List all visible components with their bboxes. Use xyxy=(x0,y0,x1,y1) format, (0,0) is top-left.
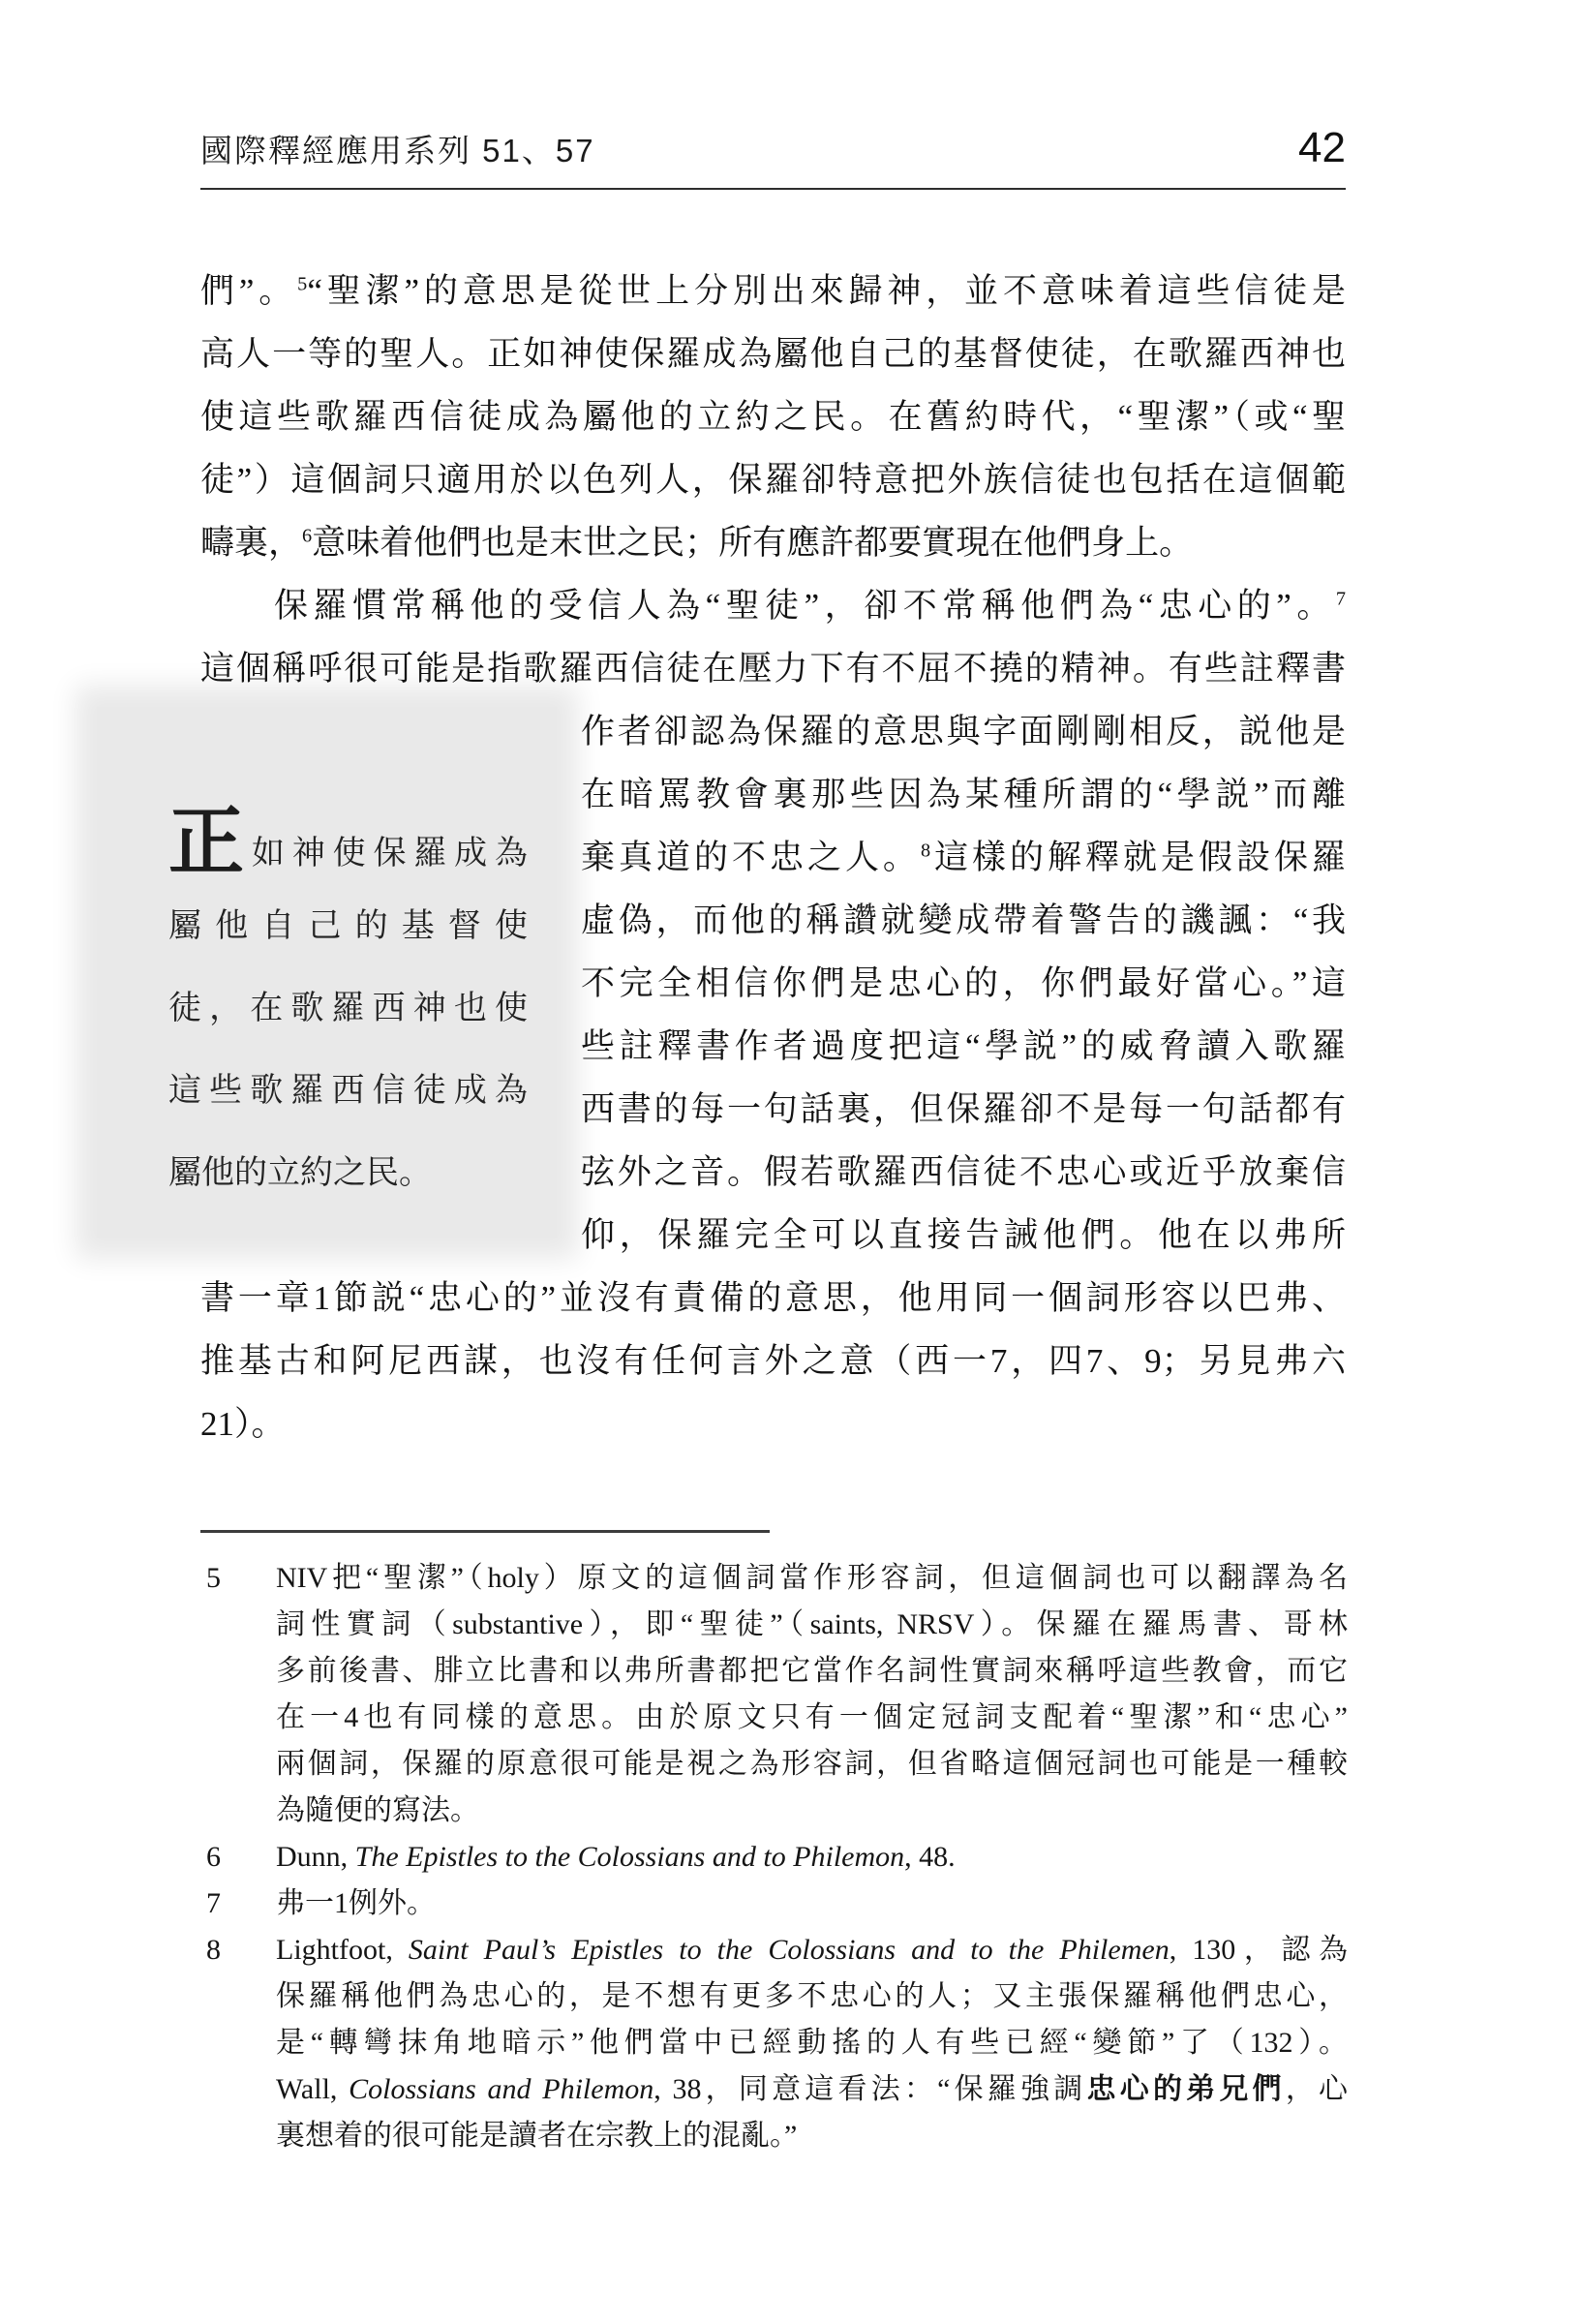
page-header: 國際釋經應用系列 51、57 42 xyxy=(200,124,1346,172)
footnote-reference: 8 xyxy=(921,840,930,861)
body-line: 弦外之音。假若歌羅西信徒不忠心或近乎放棄信 xyxy=(581,1141,1346,1204)
footnote-line: 兩個詞，保羅的原意很可能是視之為形容詞，但省略這個冠詞也可能是一種較 xyxy=(276,1741,1348,1788)
page: 國際釋經應用系列 51、57 42 正 如神使保羅成為 屬他自己的基督使徒，在歌… xyxy=(0,0,1580,2324)
footnote-line: 弗一1例外。 xyxy=(276,1881,1348,1927)
page-number: 42 xyxy=(1298,124,1346,172)
text-run: The Epistles to the Colossians and to Ph… xyxy=(355,1841,905,1873)
text-run: NIV xyxy=(276,1562,327,1594)
text-run: 在一4也有同樣的意思。由於原文只有一個定冠詞支配着“聖潔”和“忠心” xyxy=(276,1701,1348,1733)
body-line: 作者卻認為保羅的意思與字面剛剛相反，説他是 xyxy=(581,700,1346,763)
footnote-line: NIV把“聖潔”（holy）原文的這個詞當作形容詞，但這個詞也可以翻譯為名 xyxy=(276,1555,1348,1602)
text-run: 使這些歌羅西信徒成為屬他的立約之民。在舊約時代，“聖潔”（或“聖 xyxy=(200,398,1346,436)
text-run: 保羅慣常稱他的受信人為“聖徒”，卻不常稱他們為“忠心的”。 xyxy=(274,587,1336,625)
text-run: 21）。 xyxy=(200,1405,286,1443)
footnote-line: Wall, Colossians and Philemon, 38，同意這看法：… xyxy=(276,2066,1348,2113)
text-run: 多前後書、腓立比書和以弗所書都把它當作名詞性實詞來稱呼這些教會，而它 xyxy=(276,1655,1348,1687)
text-run: Dunn, xyxy=(276,1841,355,1873)
body-line: 仰，保羅完全可以直接告誡他們。他在以弗所 xyxy=(581,1204,1346,1267)
body-line: 21）。 xyxy=(200,1392,1346,1455)
text-run: Wall, xyxy=(276,2073,349,2105)
body-line: 使這些歌羅西信徒成為屬他的立約之民。在舊約時代，“聖潔”（或“聖 xyxy=(200,385,1346,448)
footnote-line: 為隨便的寫法。 xyxy=(276,1788,1348,1834)
text-run: 仰，保羅完全可以直接告誡他們。他在以弗所 xyxy=(581,1216,1346,1254)
footnote-item: 6Dunn, The Epistles to the Colossians an… xyxy=(200,1834,1348,1881)
body-line: 疇裏，6意味着他們也是末世之民；所有應許都要實現在他們身上。 xyxy=(200,511,1346,574)
text-run: holy xyxy=(488,1562,539,1594)
text-run: 忠心的弟兄們 xyxy=(1087,2073,1286,2105)
text-run: 為隨便的寫法。 xyxy=(276,1794,479,1826)
text-run: 作者卻認為保羅的意思與字面剛剛相反，説他是 xyxy=(581,713,1346,750)
body-line: 在暗罵教會裏那些因為某種所謂的“學説”而離 xyxy=(581,763,1346,826)
text-run: 西書的每一句話裏，但保羅卻不是每一句話都有 xyxy=(581,1090,1346,1128)
text-run: 書一章1節説“忠心的”並沒有責備的意思，他用同一個詞形容以巴弗、 xyxy=(200,1279,1346,1317)
footnote-line: 詞性實詞（substantive），即“聖徒”（saints, NRSV）。保羅… xyxy=(276,1602,1348,1648)
footnote-item: 7弗一1例外。 xyxy=(200,1881,1348,1927)
footnote-line: 是“轉彎抹角地暗示”他們當中已經動搖的人有些已經“變節”了（132）。 xyxy=(276,2020,1348,2066)
text-run: saints, NRSV xyxy=(810,1608,975,1640)
body-line: 不完全相信你們是忠心的，你們最好當心。”這 xyxy=(581,952,1346,1015)
footnote-number: 7 xyxy=(206,1881,221,1927)
body-line: 們”。5“聖潔”的意思是從世上分別出來歸神，並不意味着這些信徒是 xyxy=(200,260,1346,322)
text-run: ）。保羅在羅馬書、哥林 xyxy=(974,1608,1348,1640)
footnote-line: 在一4也有同樣的意思。由於原文只有一個定冠詞支配着“聖潔”和“忠心” xyxy=(276,1695,1348,1741)
text-run: ，心 xyxy=(1286,2073,1348,2105)
text-run: Lightfoot, xyxy=(276,1934,409,1966)
text-run: 徒”）這個詞只適用於以色列人，保羅卻特意把外族信徒也包括在這個範 xyxy=(200,461,1346,499)
text-run: 疇裏， xyxy=(200,524,302,562)
text-run: , 130 xyxy=(1170,1934,1236,1966)
text-run: 這樣的解釋就是假設保羅 xyxy=(930,839,1346,876)
footnotes: 5NIV把“聖潔”（holy）原文的這個詞當作形容詞，但這個詞也可以翻譯為名詞性… xyxy=(200,1555,1348,2159)
body-text: 們”。5“聖潔”的意思是從世上分別出來歸神，並不意味着這些信徒是高人一等的聖人。… xyxy=(200,260,1346,1455)
footnote-line: Lightfoot, Saint Paul’s Epistles to the … xyxy=(276,1927,1348,1973)
footnote-item: 8Lightfoot, Saint Paul’s Epistles to the… xyxy=(200,1927,1348,2159)
body-line: 這個稱呼很可能是指歌羅西信徒在壓力下有不屈不撓的精神。有些註釋書 xyxy=(200,637,1346,700)
text-run: 們”。 xyxy=(200,272,297,310)
text-run: 虛偽，而他的稱讚就變成帶着警告的譏諷：“我 xyxy=(581,902,1346,939)
footnote-line: 裏想着的很可能是讀者在宗教上的混亂。” xyxy=(276,2113,1348,2159)
body-line: 書一章1節説“忠心的”並沒有責備的意思，他用同一個詞形容以巴弗、 xyxy=(200,1267,1346,1330)
text-run: 兩個詞，保羅的原意很可能是視之為形容詞，但省略這個冠詞也可能是一種較 xyxy=(276,1748,1348,1780)
text-run: Saint Paul’s Epistles to the Colossians … xyxy=(409,1934,1170,1966)
text-run: 棄真道的不忠之人。 xyxy=(581,839,921,876)
text-run: 裏想着的很可能是讀者在宗教上的混亂。” xyxy=(276,2120,797,2152)
header-rule xyxy=(200,188,1346,190)
footnote-item: 5NIV把“聖潔”（holy）原文的這個詞當作形容詞，但這個詞也可以翻譯為名詞性… xyxy=(200,1555,1348,1834)
body-line: 保羅慣常稱他的受信人為“聖徒”，卻不常稱他們為“忠心的”。7 xyxy=(200,574,1346,637)
text-run: 推基古和阿尼西謀，也沒有任何言外之意（西一7，四7、9；另見弗六 xyxy=(200,1342,1346,1380)
running-title: 國際釋經應用系列 51、57 xyxy=(200,126,595,171)
text-run: 把“聖潔”（ xyxy=(327,1562,487,1594)
text-run: 保羅稱他們為忠心的，是不想有更多不忠心的人；又主張保羅稱他們忠心， xyxy=(276,1980,1348,2012)
footnote-separator xyxy=(200,1530,770,1533)
text-run: ，同意這看法：“保羅強調 xyxy=(701,2073,1086,2105)
text-run: 高人一等的聖人。正如神使保羅成為屬他自己的基督使徒，在歌羅西神也 xyxy=(200,335,1346,373)
text-run: 弗一1例外。 xyxy=(276,1887,436,1919)
text-run: , 38 xyxy=(653,2073,701,2105)
footnote-reference: 5 xyxy=(297,273,307,294)
text-run: ），即“聖徒”（ xyxy=(583,1608,809,1640)
text-run: 這個稱呼很可能是指歌羅西信徒在壓力下有不屈不撓的精神。有些註釋書 xyxy=(200,650,1346,688)
footnote-number: 6 xyxy=(206,1834,221,1881)
text-run: 不完全相信你們是忠心的，你們最好當心。”這 xyxy=(581,964,1346,1002)
body-line: 棄真道的不忠之人。8這樣的解釋就是假設保羅 xyxy=(581,826,1346,889)
text-run: Colossians and Philemon xyxy=(349,2073,653,2105)
footnote-number: 8 xyxy=(206,1927,221,1973)
body-line: 虛偽，而他的稱讚就變成帶着警告的譏諷：“我 xyxy=(581,889,1346,952)
body-line: 西書的每一句話裏，但保羅卻不是每一句話都有 xyxy=(581,1078,1346,1141)
footnote-number: 5 xyxy=(206,1555,221,1602)
footnote-line: 多前後書、腓立比書和以弗所書都把它當作名詞性實詞來稱呼這些教會，而它 xyxy=(276,1648,1348,1695)
text-run: , 48. xyxy=(904,1841,956,1873)
text-run: 弦外之音。假若歌羅西信徒不忠心或近乎放棄信 xyxy=(581,1153,1346,1191)
text-run: substantive xyxy=(452,1608,583,1640)
body-line: 些註釋書作者過度把這“學説”的威脅讀入歌羅 xyxy=(581,1015,1346,1078)
footnote-line: 保羅稱他們為忠心的，是不想有更多不忠心的人；又主張保羅稱他們忠心， xyxy=(276,1973,1348,2020)
footnote-line: Dunn, The Epistles to the Colossians and… xyxy=(276,1834,1348,1881)
text-run: “聖潔”的意思是從世上分別出來歸神，並不意味着這些信徒是 xyxy=(307,272,1346,310)
footnote-reference: 7 xyxy=(1336,588,1346,609)
text-run: 些註釋書作者過度把這“學説”的威脅讀入歌羅 xyxy=(581,1027,1346,1065)
footnote-reference: 6 xyxy=(302,525,312,546)
text-run: 意味着他們也是末世之民；所有應許都要實現在他們身上。 xyxy=(312,524,1193,562)
text-run: 是“轉彎抹角地暗示”他們當中已經動搖的人有些已經“變節”了（132）。 xyxy=(276,2027,1348,2059)
text-run: 在暗罵教會裏那些因為某種所謂的“學説”而離 xyxy=(581,776,1346,813)
text-run: ，認為 xyxy=(1235,1934,1348,1966)
body-line: 高人一等的聖人。正如神使保羅成為屬他自己的基督使徒，在歌羅西神也 xyxy=(200,322,1346,385)
text-run: ）原文的這個詞當作形容詞，但這個詞也可以翻譯為名 xyxy=(539,1562,1348,1594)
body-line: 推基古和阿尼西謀，也沒有任何言外之意（西一7，四7、9；另見弗六 xyxy=(200,1330,1346,1392)
body-line: 徒”）這個詞只適用於以色列人，保羅卻特意把外族信徒也包括在這個範 xyxy=(200,448,1346,511)
text-run: 詞性實詞（ xyxy=(276,1608,452,1640)
